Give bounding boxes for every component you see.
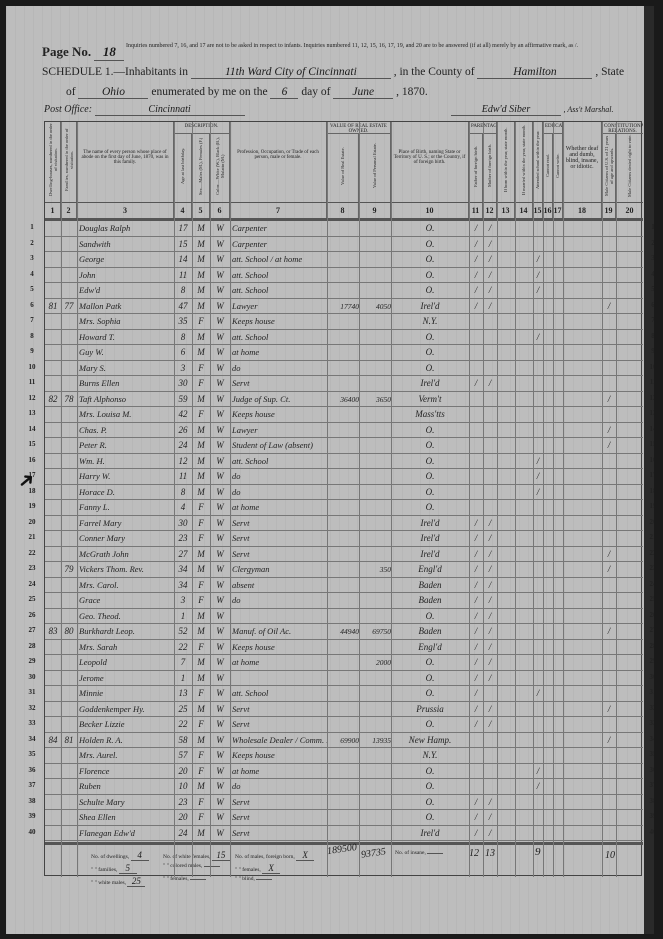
cell-re [327, 810, 359, 825]
cell-f [61, 686, 77, 701]
cell-birth: Baden [391, 624, 469, 639]
cell-name: Wm. H. [79, 454, 174, 469]
grid-line [391, 122, 392, 877]
cell-pe [359, 469, 391, 484]
cell-birth: Irel'd [391, 547, 469, 562]
cell-mo [483, 361, 497, 376]
cell-sch [533, 376, 543, 391]
line-number-right: 34 [643, 735, 654, 743]
cell-age: 24 [174, 438, 192, 453]
col-num-10: 10 [391, 202, 469, 218]
line-number-right: 9 [643, 347, 654, 355]
cell-fa [469, 500, 483, 515]
cell-pe [359, 609, 391, 624]
cell-c19: / [602, 733, 616, 748]
cell-pe [359, 283, 391, 298]
cell-occ: at home [232, 500, 327, 515]
cell-re [327, 640, 359, 655]
cell-age: 22 [174, 717, 192, 732]
line-number-left: 40 [22, 828, 42, 836]
cell-birth: O. [391, 764, 469, 779]
cell-name: Grace [79, 593, 174, 608]
total-personal-estate: 93735 [360, 846, 386, 860]
cell-color: W [210, 779, 230, 794]
cell-mo: / [483, 609, 497, 624]
cell-name: Minnie [79, 686, 174, 701]
cell-c19 [602, 810, 616, 825]
cell-mo [483, 500, 497, 515]
cell-d: 84 [45, 733, 61, 748]
cell-fa: / [469, 268, 483, 283]
cell-fa: / [469, 252, 483, 267]
cell-color: W [210, 810, 230, 825]
line-number-right: 17 [643, 471, 654, 479]
cell-sex: F [192, 531, 210, 546]
cell-re [327, 671, 359, 686]
cell-re [327, 655, 359, 670]
cell-d [45, 779, 61, 794]
cell-mo: / [483, 795, 497, 810]
cell-name: Mallon Patk [79, 299, 174, 314]
line-number-right: 21 [643, 533, 654, 541]
cell-c19 [602, 640, 616, 655]
cell-color: W [210, 655, 230, 670]
col-head-19: Male Citizens of U.S. of 21 years of age… [602, 134, 616, 202]
line-number-right: 6 [643, 301, 654, 309]
cell-age: 8 [174, 330, 192, 345]
cell-f [61, 283, 77, 298]
cell-fa [469, 748, 483, 763]
grid-line [543, 122, 544, 877]
cell-birth: O. [391, 686, 469, 701]
col-num-18: 18 [563, 202, 602, 218]
cell-f [61, 469, 77, 484]
cell-d [45, 438, 61, 453]
cell-occ: Carpenter [232, 237, 327, 252]
cell-re [327, 826, 359, 841]
line-number-right: 2 [643, 239, 654, 247]
cell-birth: Engl'd [391, 562, 469, 577]
cell-sex: M [192, 562, 210, 577]
cell-mo [483, 733, 497, 748]
marshal-line: Edw'd Siber , Ass't Marshal. [451, 104, 614, 116]
cell-age: 3 [174, 361, 192, 376]
cell-pe [359, 330, 391, 345]
line-number-left: 1 [22, 223, 42, 231]
line-number-left: 19 [22, 502, 42, 510]
cell-age: 30 [174, 376, 192, 391]
cell-pe [359, 531, 391, 546]
cell-color: W [210, 283, 230, 298]
cell-occ [232, 671, 327, 686]
line-number-left: 31 [22, 688, 42, 696]
cell-birth: Prussia [391, 702, 469, 717]
cell-name: Horace D. [79, 485, 174, 500]
cell-c19 [602, 361, 616, 376]
cell-sch [533, 314, 543, 329]
cell-pe [359, 748, 391, 763]
cell-color: W [210, 268, 230, 283]
cell-name: Leopold [79, 655, 174, 670]
line-number-right: 26 [643, 611, 654, 619]
cell-fa [469, 392, 483, 407]
cell-age: 27 [174, 547, 192, 562]
cell-age: 25 [174, 702, 192, 717]
cell-f [61, 810, 77, 825]
cell-age: 34 [174, 578, 192, 593]
cell-name: Mrs. Sarah [79, 640, 174, 655]
cell-birth: O. [391, 717, 469, 732]
cell-c19 [602, 237, 616, 252]
group-constitutional: CONSTITUTIONAL RELATIONS. [602, 122, 643, 134]
cell-color: W [210, 330, 230, 345]
cell-mo [483, 485, 497, 500]
cell-mo [483, 469, 497, 484]
cell-re [327, 748, 359, 763]
cell-d [45, 717, 61, 732]
cell-mo [483, 748, 497, 763]
col-num-1: 1 [45, 202, 61, 218]
cell-sch [533, 593, 543, 608]
cell-name: McGrath John [79, 547, 174, 562]
cell-c19 [602, 593, 616, 608]
cell-mo: / [483, 671, 497, 686]
cell-f [61, 500, 77, 515]
cell-pe: 4050 [359, 299, 391, 314]
grid-line [533, 122, 534, 877]
cell-mo: / [483, 237, 497, 252]
cell-sex: F [192, 500, 210, 515]
cell-color: W [210, 407, 230, 422]
cell-sex: M [192, 671, 210, 686]
cell-d [45, 221, 61, 236]
cell-color: W [210, 438, 230, 453]
cell-occ: Student of Law (absent) [232, 438, 327, 453]
cell-occ: do [232, 593, 327, 608]
cell-occ: Keeps house [232, 748, 327, 763]
cell-c19 [602, 283, 616, 298]
cell-re [327, 469, 359, 484]
cell-f [61, 531, 77, 546]
cell-re [327, 283, 359, 298]
col-head-11: Father of foreign birth. [469, 134, 483, 202]
cell-age: 8 [174, 485, 192, 500]
cell-pe [359, 810, 391, 825]
cell-f: 78 [61, 392, 77, 407]
cell-d [45, 237, 61, 252]
cell-name: John [79, 268, 174, 283]
cell-f [61, 438, 77, 453]
cell-sch: / [533, 454, 543, 469]
line-number-right: 18 [643, 487, 654, 495]
cell-pe [359, 454, 391, 469]
cell-c19: / [602, 423, 616, 438]
cell-mo: / [483, 702, 497, 717]
cell-fa [469, 314, 483, 329]
cell-mo [483, 345, 497, 360]
cell-mo: / [483, 717, 497, 732]
cell-f: 77 [61, 299, 77, 314]
cell-sex: M [192, 547, 210, 562]
cell-color: W [210, 299, 230, 314]
cell-pe [359, 423, 391, 438]
cell-sch [533, 733, 543, 748]
cell-sch [533, 748, 543, 763]
cell-color: W [210, 795, 230, 810]
cell-occ: Servt [232, 826, 327, 841]
cell-mo: / [483, 376, 497, 391]
cell-name: Chas. P. [79, 423, 174, 438]
cell-re [327, 686, 359, 701]
cell-re [327, 361, 359, 376]
cell-sch [533, 516, 543, 531]
county-field: Hamilton [477, 66, 592, 79]
cell-pe [359, 764, 391, 779]
cell-color: W [210, 252, 230, 267]
cell-birth: Irel'd [391, 826, 469, 841]
cell-d [45, 795, 61, 810]
cell-c19 [602, 826, 616, 841]
cell-name: Geo. Theod. [79, 609, 174, 624]
cell-occ: do [232, 361, 327, 376]
cell-sex: M [192, 454, 210, 469]
line-number-left: 23 [22, 564, 42, 572]
cell-sch [533, 500, 543, 515]
cell-d: 82 [45, 392, 61, 407]
cell-sex: F [192, 516, 210, 531]
cell-sch: / [533, 268, 543, 283]
cell-f [61, 717, 77, 732]
cell-f [61, 593, 77, 608]
cell-occ: Judge of Sup. Ct. [232, 392, 327, 407]
col-head-1: Dwelling-houses, numbered in the order o… [45, 122, 61, 202]
line-number-right: 8 [643, 332, 654, 340]
cell-re: 36400 [327, 392, 359, 407]
cell-name: Burkhardt Leop. [79, 624, 174, 639]
cell-fa: / [469, 717, 483, 732]
line-number-left: 9 [22, 347, 42, 355]
cell-birth: N.Y. [391, 748, 469, 763]
cell-occ: Lawyer [232, 423, 327, 438]
cell-pe [359, 547, 391, 562]
line-number-left: 26 [22, 611, 42, 619]
cell-d [45, 314, 61, 329]
cell-sex: F [192, 748, 210, 763]
line-number-left: 12 [22, 394, 42, 402]
cell-re [327, 423, 359, 438]
col-num-6: 6 [210, 202, 230, 218]
cell-occ: at home [232, 764, 327, 779]
col-num-14: 14 [515, 202, 533, 218]
cell-pe [359, 252, 391, 267]
line-number-right: 3 [643, 254, 654, 262]
cell-occ: Keeps house [232, 314, 327, 329]
line-number-right: 22 [643, 549, 654, 557]
grid-line [230, 122, 231, 877]
cell-c19: / [602, 624, 616, 639]
line-number-right: 36 [643, 766, 654, 774]
line-number-right: 13 [643, 409, 654, 417]
cell-age: 20 [174, 764, 192, 779]
cell-mo: / [483, 655, 497, 670]
cell-birth: O. [391, 345, 469, 360]
cell-color: W [210, 345, 230, 360]
cell-name: Schulte Mary [79, 795, 174, 810]
cell-birth: Baden [391, 593, 469, 608]
cell-sch: / [533, 252, 543, 267]
cell-color: W [210, 562, 230, 577]
cell-birth: O. [391, 423, 469, 438]
cell-pe [359, 717, 391, 732]
cell-sch: / [533, 779, 543, 794]
cell-birth: Mass'tts [391, 407, 469, 422]
cell-age: 1 [174, 609, 192, 624]
cell-re [327, 795, 359, 810]
cell-occ: Servt [232, 531, 327, 546]
cell-d: 81 [45, 299, 61, 314]
cell-c19 [602, 268, 616, 283]
cell-sex: F [192, 795, 210, 810]
line-number-left: 14 [22, 425, 42, 433]
cell-birth: Irel'd [391, 516, 469, 531]
cell-re: 17740 [327, 299, 359, 314]
grid-line [515, 122, 516, 877]
cell-name: Burns Ellen [79, 376, 174, 391]
cell-sch [533, 547, 543, 562]
cell-birth: New Hamp. [391, 733, 469, 748]
cell-sch [533, 237, 543, 252]
cell-mo [483, 438, 497, 453]
cell-fa [469, 485, 483, 500]
cell-mo: / [483, 593, 497, 608]
col-num-7: 7 [230, 202, 327, 218]
col-num-16: 16 [543, 202, 553, 218]
line-number-left: 7 [22, 316, 42, 324]
cell-re [327, 578, 359, 593]
cell-re [327, 252, 359, 267]
cell-fa: / [469, 531, 483, 546]
cell-fa: / [469, 810, 483, 825]
cell-birth: O. [391, 655, 469, 670]
cell-name: Ruben [79, 779, 174, 794]
cell-sch [533, 609, 543, 624]
cell-sex: M [192, 237, 210, 252]
cell-d [45, 810, 61, 825]
cell-name: Harry W. [79, 469, 174, 484]
cell-occ: att. School [232, 330, 327, 345]
cell-re [327, 221, 359, 236]
cell-re [327, 516, 359, 531]
cell-birth: O. [391, 500, 469, 515]
cell-occ: do [232, 485, 327, 500]
cell-d [45, 330, 61, 345]
cell-mo: / [483, 221, 497, 236]
cell-occ: att. School [232, 454, 327, 469]
cell-f [61, 252, 77, 267]
line-number-left: 24 [22, 580, 42, 588]
col-head-2: Families, numbered in the order of visit… [61, 122, 77, 202]
cell-sex: M [192, 221, 210, 236]
cell-occ: absent [232, 578, 327, 593]
cell-fa: / [469, 624, 483, 639]
cell-sex: F [192, 810, 210, 825]
col-head-3: The name of every person whose place of … [77, 122, 174, 202]
cell-re [327, 702, 359, 717]
line-number-right: 20 [643, 518, 654, 526]
cell-fa: / [469, 376, 483, 391]
cell-color: W [210, 376, 230, 391]
cell-pe [359, 221, 391, 236]
cell-name: Fanny L. [79, 500, 174, 515]
cell-re [327, 268, 359, 283]
cell-sch [533, 392, 543, 407]
cell-sch [533, 717, 543, 732]
cell-occ: Carpenter [232, 221, 327, 236]
cell-d [45, 764, 61, 779]
cell-birth: O. [391, 330, 469, 345]
cell-sch [533, 407, 543, 422]
cell-name: Mrs. Louisa M. [79, 407, 174, 422]
cell-color: W [210, 423, 230, 438]
line-number-right: 39 [643, 812, 654, 820]
cell-birth: O. [391, 485, 469, 500]
cell-c19 [602, 671, 616, 686]
cell-sex: M [192, 283, 210, 298]
cell-name: Howard T. [79, 330, 174, 345]
cell-sch [533, 345, 543, 360]
cell-fa [469, 454, 483, 469]
line-number-right: 11 [643, 378, 654, 386]
cell-d [45, 283, 61, 298]
cell-sex: M [192, 345, 210, 360]
grid-line [327, 122, 328, 877]
cell-fa: / [469, 593, 483, 608]
line-number-right: 38 [643, 797, 654, 805]
cell-c19 [602, 500, 616, 515]
summary-foreign-females: " " females, X [235, 863, 280, 874]
cell-pe [359, 314, 391, 329]
cell-d [45, 500, 61, 515]
cell-age: 59 [174, 392, 192, 407]
cell-age: 6 [174, 345, 192, 360]
cell-birth: O. [391, 779, 469, 794]
grid-line [616, 122, 617, 877]
cell-pe: 3650 [359, 392, 391, 407]
cell-c19 [602, 717, 616, 732]
cell-f [61, 314, 77, 329]
cell-occ: Servt [232, 376, 327, 391]
cell-sex: M [192, 624, 210, 639]
col-num-15: 15 [533, 202, 543, 218]
cell-f [61, 485, 77, 500]
cell-age: 35 [174, 314, 192, 329]
cell-color: W [210, 686, 230, 701]
line-number-right: 28 [643, 642, 654, 650]
cell-c19 [602, 485, 616, 500]
cell-d [45, 609, 61, 624]
cell-age: 15 [174, 237, 192, 252]
cell-occ: att. School [232, 268, 327, 283]
cell-c19: / [602, 299, 616, 314]
grid-line [210, 122, 211, 877]
cell-sch: / [533, 764, 543, 779]
cell-name: Holden R. A. [79, 733, 174, 748]
cell-f [61, 454, 77, 469]
cell-d [45, 485, 61, 500]
cell-color: W [210, 516, 230, 531]
cell-occ: att. School [232, 686, 327, 701]
cell-age: 47 [174, 299, 192, 314]
